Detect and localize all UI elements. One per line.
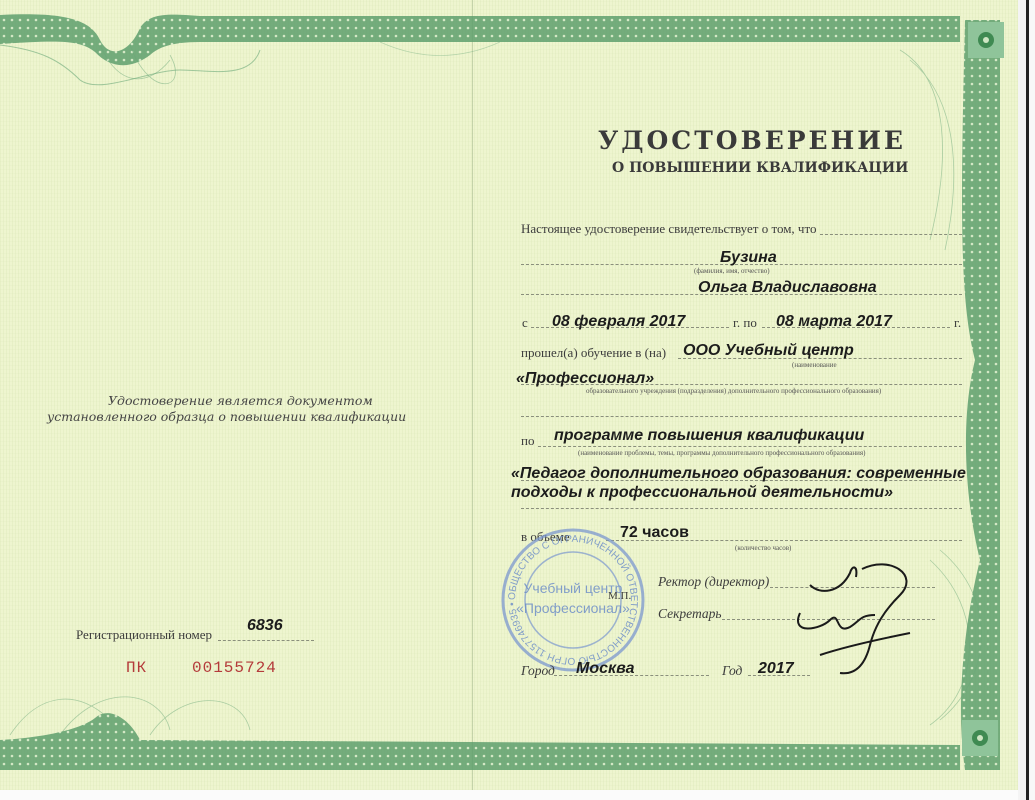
left-note-line2: установленного образца о повышении квали… xyxy=(47,409,406,424)
signature-scribble xyxy=(780,555,930,675)
intro-text: Настоящее удостоверение свидетельствует … xyxy=(521,221,816,237)
stamp-line2: «Профессионал» xyxy=(516,600,630,616)
scan-edge xyxy=(1018,0,1035,800)
name-caption: (фамилия, имя, отчество) xyxy=(694,267,770,275)
city-value: Москва xyxy=(576,660,634,678)
org-caption-b: образовательного учреждения (подразделен… xyxy=(586,387,881,395)
blank-line xyxy=(521,416,962,417)
intro-line xyxy=(820,234,962,235)
reg-number-label: Регистрационный номер xyxy=(76,627,212,643)
director-label: Ректор (директор) xyxy=(658,574,769,590)
document-subtitle: О ПОВЫШЕНИИ КВАЛИФИКАЦИИ xyxy=(612,160,908,176)
document-title: УДОСТОВЕРЕНИЕ xyxy=(598,126,906,155)
year-suffix: г. xyxy=(954,315,961,331)
program-caption: (наименование проблемы, темы, программы … xyxy=(578,449,865,457)
date-from-value: 08 февраля 2017 xyxy=(552,313,685,331)
seal-label: М.П. xyxy=(608,590,631,602)
program-type-line xyxy=(538,446,962,447)
year-value: 2017 xyxy=(758,660,794,678)
from-label: с xyxy=(522,315,528,331)
program-line2-rule xyxy=(521,508,962,509)
series-code: ПК xyxy=(126,659,147,677)
scan-bottom-edge xyxy=(0,790,1018,800)
program-type-value: программе повышения квалификации xyxy=(554,427,864,445)
by-label: по xyxy=(521,433,534,449)
hours-caption: (количество часов) xyxy=(735,544,791,552)
org-name-line1: ООО Учебный центр xyxy=(683,342,854,360)
corner-ornament-top-right xyxy=(968,22,1004,58)
reg-number-value: 6836 xyxy=(247,617,283,635)
program-title-line1: «Педагог дополнительного образования: со… xyxy=(511,465,966,483)
program-title-line2: подходы к профессиональной деятельности» xyxy=(511,484,893,502)
surname-value: Бузина xyxy=(720,249,777,267)
serial-number: 00155724 xyxy=(192,659,277,677)
org-name-line2: «Профессионал» xyxy=(516,370,654,388)
org-caption-a: (наименование xyxy=(792,361,837,369)
studied-label: прошел(а) обучение в (на) xyxy=(521,345,666,361)
left-note-line1: Удостоверение является документом xyxy=(108,393,373,408)
corner-ornament-bottom-right xyxy=(962,720,998,756)
date-to-value: 08 марта 2017 xyxy=(776,313,892,331)
to-label: г. по xyxy=(733,315,757,331)
given-names-value: Ольга Владиславовна xyxy=(698,279,877,297)
city-label: Город xyxy=(521,663,555,679)
reg-number-line xyxy=(218,640,314,641)
year-label: Год xyxy=(722,663,742,679)
secretary-label: Секретарь xyxy=(658,606,722,622)
